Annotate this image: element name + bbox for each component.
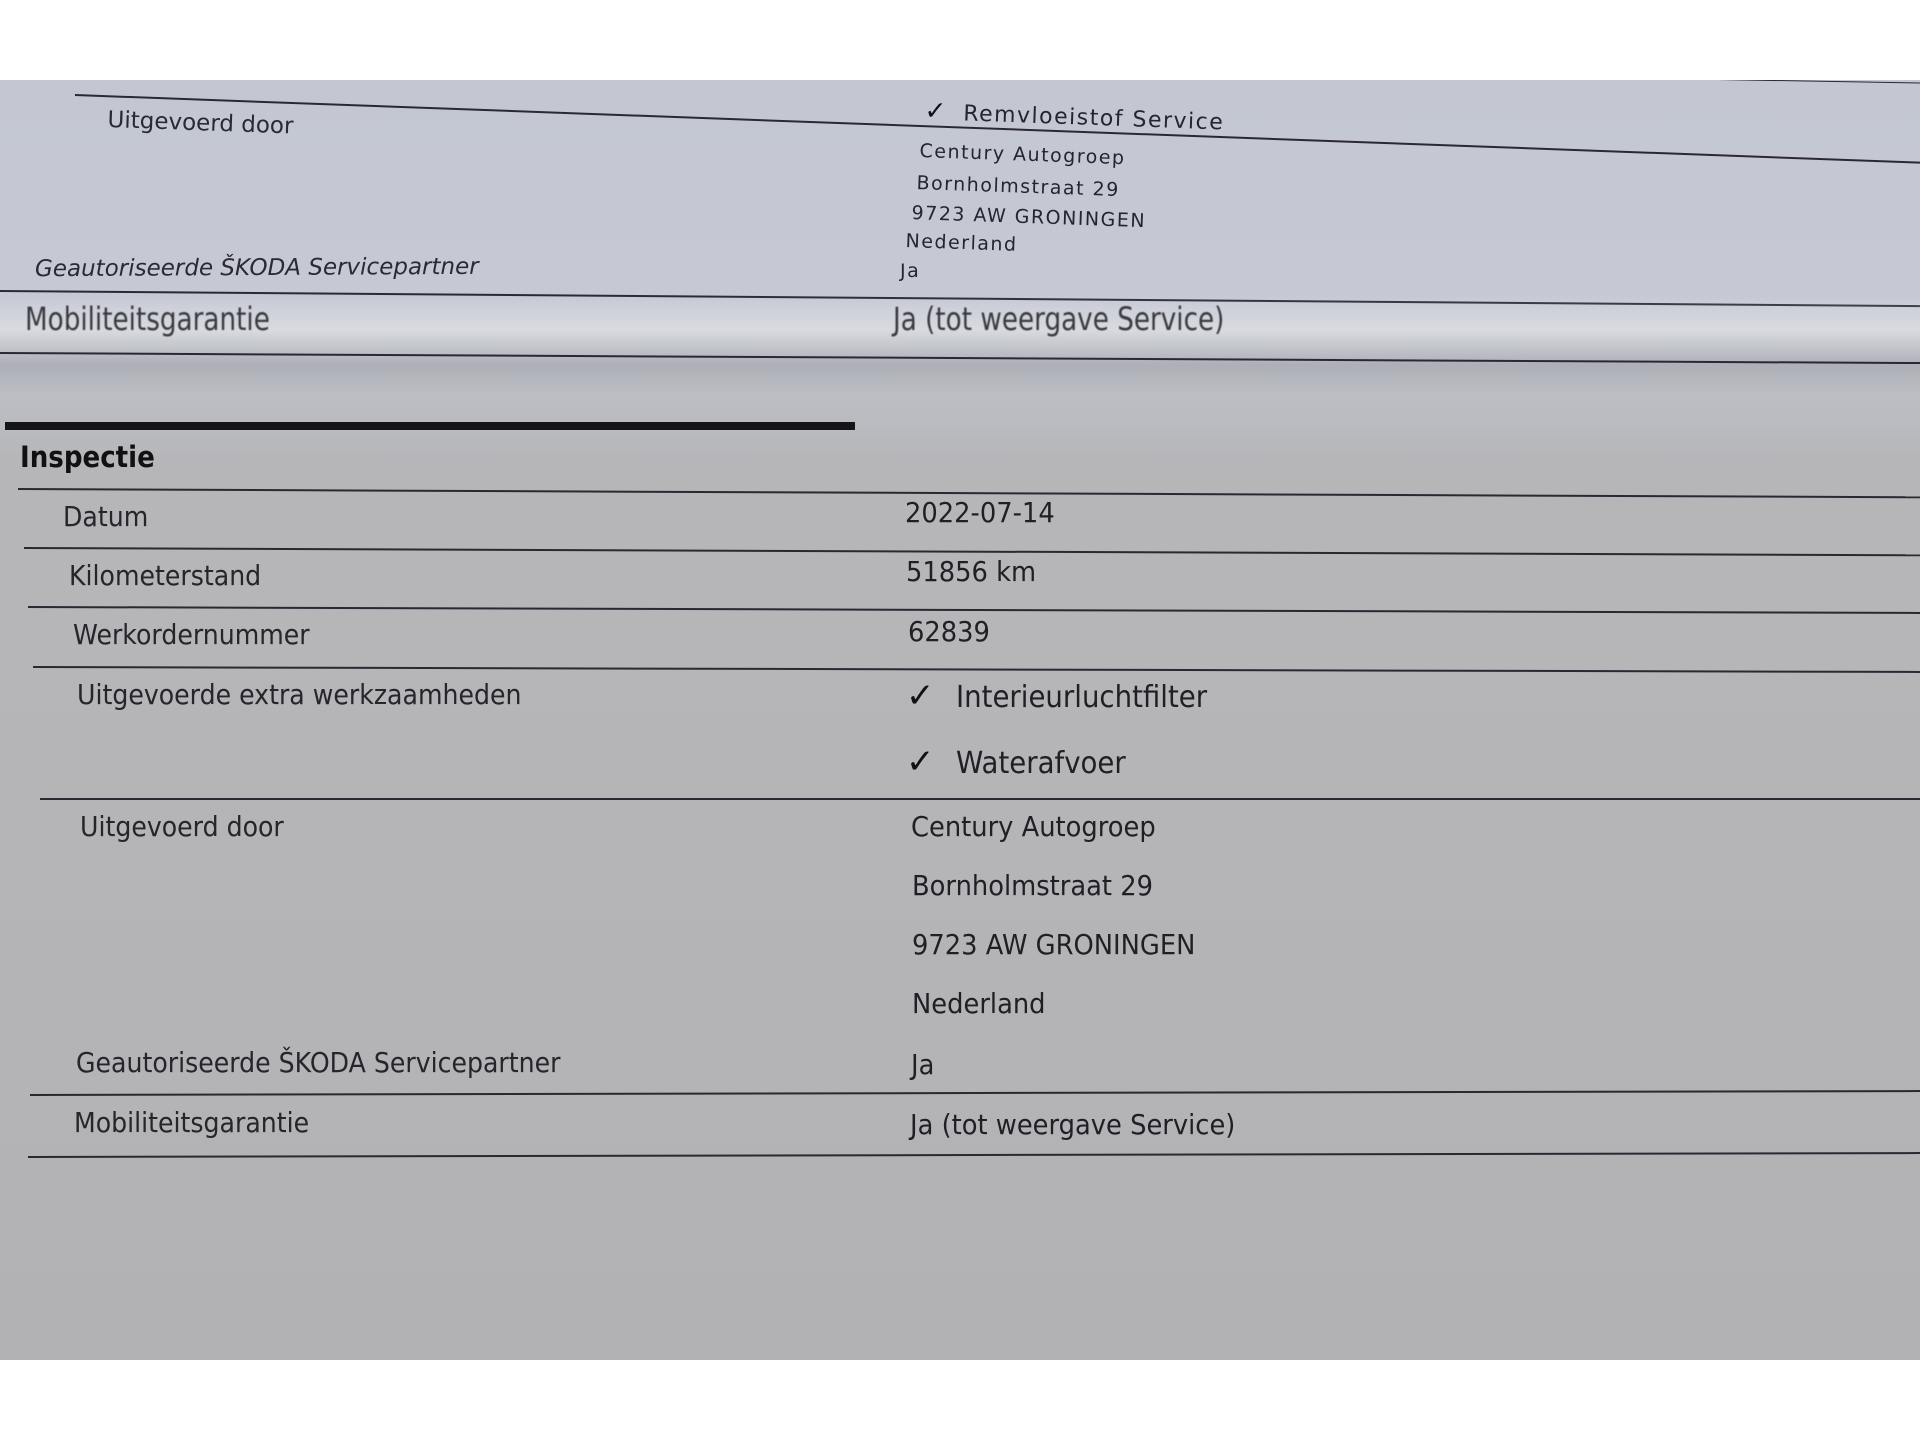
row-value-werkordernummer: 62839 [908,615,990,648]
mobility-guarantee-label: Mobiliteitsgarantie [25,300,270,338]
checkmark-icon: ✓ [906,742,935,782]
service-item: ✓ Remvloeistof Service [924,96,1225,136]
extra-work-item: ✓ Waterafvoer [906,742,1140,782]
checkmark-icon: ✓ [906,676,935,716]
row-label-datum: Datum [63,500,148,533]
address-street: Bornholmstraat 29 [912,869,1153,902]
row-value-datum: 2022-07-14 [905,496,1055,529]
row-label-kilometerstand: Kilometerstand [69,559,261,592]
address-company: Century Autogroep [911,810,1156,843]
section-divider-bar [5,422,855,430]
address-country: Nederland [905,230,1018,256]
row-value-kilometerstand: 51856 km [906,555,1036,588]
checkmark-icon: ✓ [924,96,947,127]
row-label-werkordernummer: Werkordernummer [73,618,310,651]
divider-line [30,1090,1920,1096]
authorized-partner-value: Ja [900,260,920,282]
divider-line [28,1152,1920,1158]
divider-line [28,606,1920,614]
divider-line [1660,80,1920,84]
row-value-authorized-partner: Ja [911,1048,934,1081]
divider-line [0,352,1920,364]
address-street: Bornholmstraat 29 [916,172,1120,201]
service-document-paper: Uitgevoerd door ✓ Remvloeistof Service C… [0,80,1920,1360]
performed-by-label: Uitgevoerd door [107,107,294,139]
extra-work-item-label: Interieurluchtfilter [956,680,1207,715]
divider-line [40,798,1920,800]
mobility-guarantee-value: Ja (tot weergave Service) [893,300,1224,338]
row-label-extra-work: Uitgevoerde extra werkzaamheden [77,678,521,711]
address-city: 9723 AW GRONINGEN [911,202,1146,232]
address-city: 9723 AW GRONINGEN [912,928,1195,961]
extra-work-item-label: Waterafvoer [956,746,1126,781]
row-value-mobility-guarantee: Ja (tot weergave Service) [910,1108,1235,1141]
authorized-partner-label: Geautoriseerde ŠKODA Servicepartner [35,254,479,282]
extra-work-item: ✓ Interieurluchtfilter [906,676,1229,716]
divider-line [33,666,1920,673]
service-item-label: Remvloeistof Service [963,101,1225,135]
row-label-authorized-partner: Geautoriseerde ŠKODA Servicepartner [76,1046,561,1079]
row-label-performed-by: Uitgevoerd door [80,810,284,843]
row-label-mobility-guarantee: Mobiliteitsgarantie [74,1106,309,1139]
address-company: Century Autogroep [919,140,1126,169]
section-title-inspectie: Inspectie [20,440,155,474]
address-country: Nederland [912,987,1046,1020]
